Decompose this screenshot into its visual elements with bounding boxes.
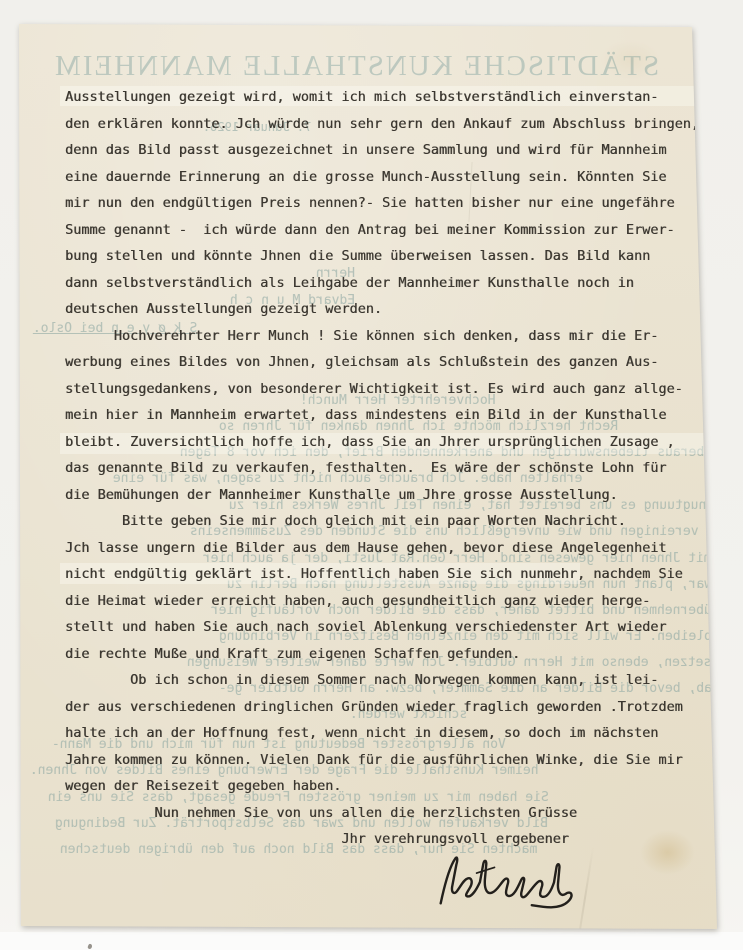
paper-stain (640, 830, 695, 875)
bleed-through-text: STÄDTISCHE KUNSTHALLE MANNHEIM (53, 50, 659, 83)
scan-background: STÄDTISCHE KUNSTHALLE MANNHEIM7. Januar … (0, 0, 743, 950)
paper-stain (600, 40, 660, 80)
signature-hartlaub (429, 848, 586, 917)
letter-body-text: Ausstellungen gezeigt wird, womit ich mi… (65, 84, 699, 853)
letter-page-wrap: STÄDTISCHE KUNSTHALLE MANNHEIM7. Januar … (0, 0, 743, 950)
letter-page: STÄDTISCHE KUNSTHALLE MANNHEIM7. Januar … (0, 0, 743, 950)
